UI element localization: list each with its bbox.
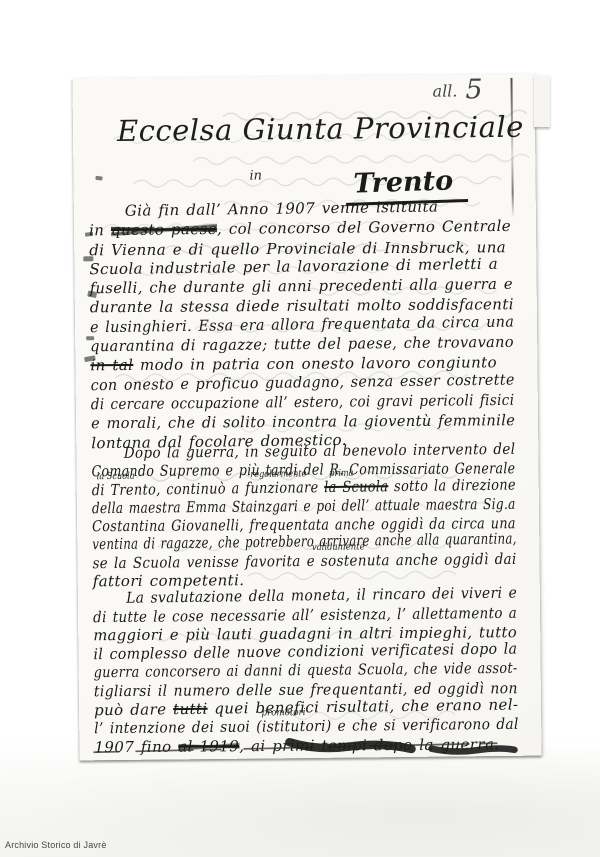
interline-correction: regolarmente: [250, 469, 306, 479]
scanned-document-photo: all. 5 Eccelsa Giunta Provinciale in Tre…: [0, 0, 600, 857]
paragraph-1: Già fin dall’ Anno 1907 venne istituitai…: [89, 197, 563, 453]
interline-correction: promotori: [261, 708, 305, 717]
handwritten-line: se la Scuola venisse favorita e sostenut…: [92, 550, 516, 573]
interline-correction: validamente: [312, 542, 365, 552]
handwritten-line: in questo paese, col concorso del Govern…: [89, 217, 511, 241]
interline-correction: la Scuola: [97, 471, 135, 481]
page-corner-flap: [534, 75, 550, 127]
interline-correction: prima: [329, 468, 353, 477]
paragraphs: Già fin dall’ Anno 1907 venne istituitai…: [72, 74, 541, 761]
archive-stamp: Archivio Storico di Javrè: [5, 840, 107, 850]
ink-smear: [79, 724, 529, 765]
paragraph-2: Dopo la guerra, in seguito al benevolo i…: [91, 439, 600, 591]
letter-page: all. 5 Eccelsa Giunta Provinciale in Tre…: [72, 74, 541, 761]
